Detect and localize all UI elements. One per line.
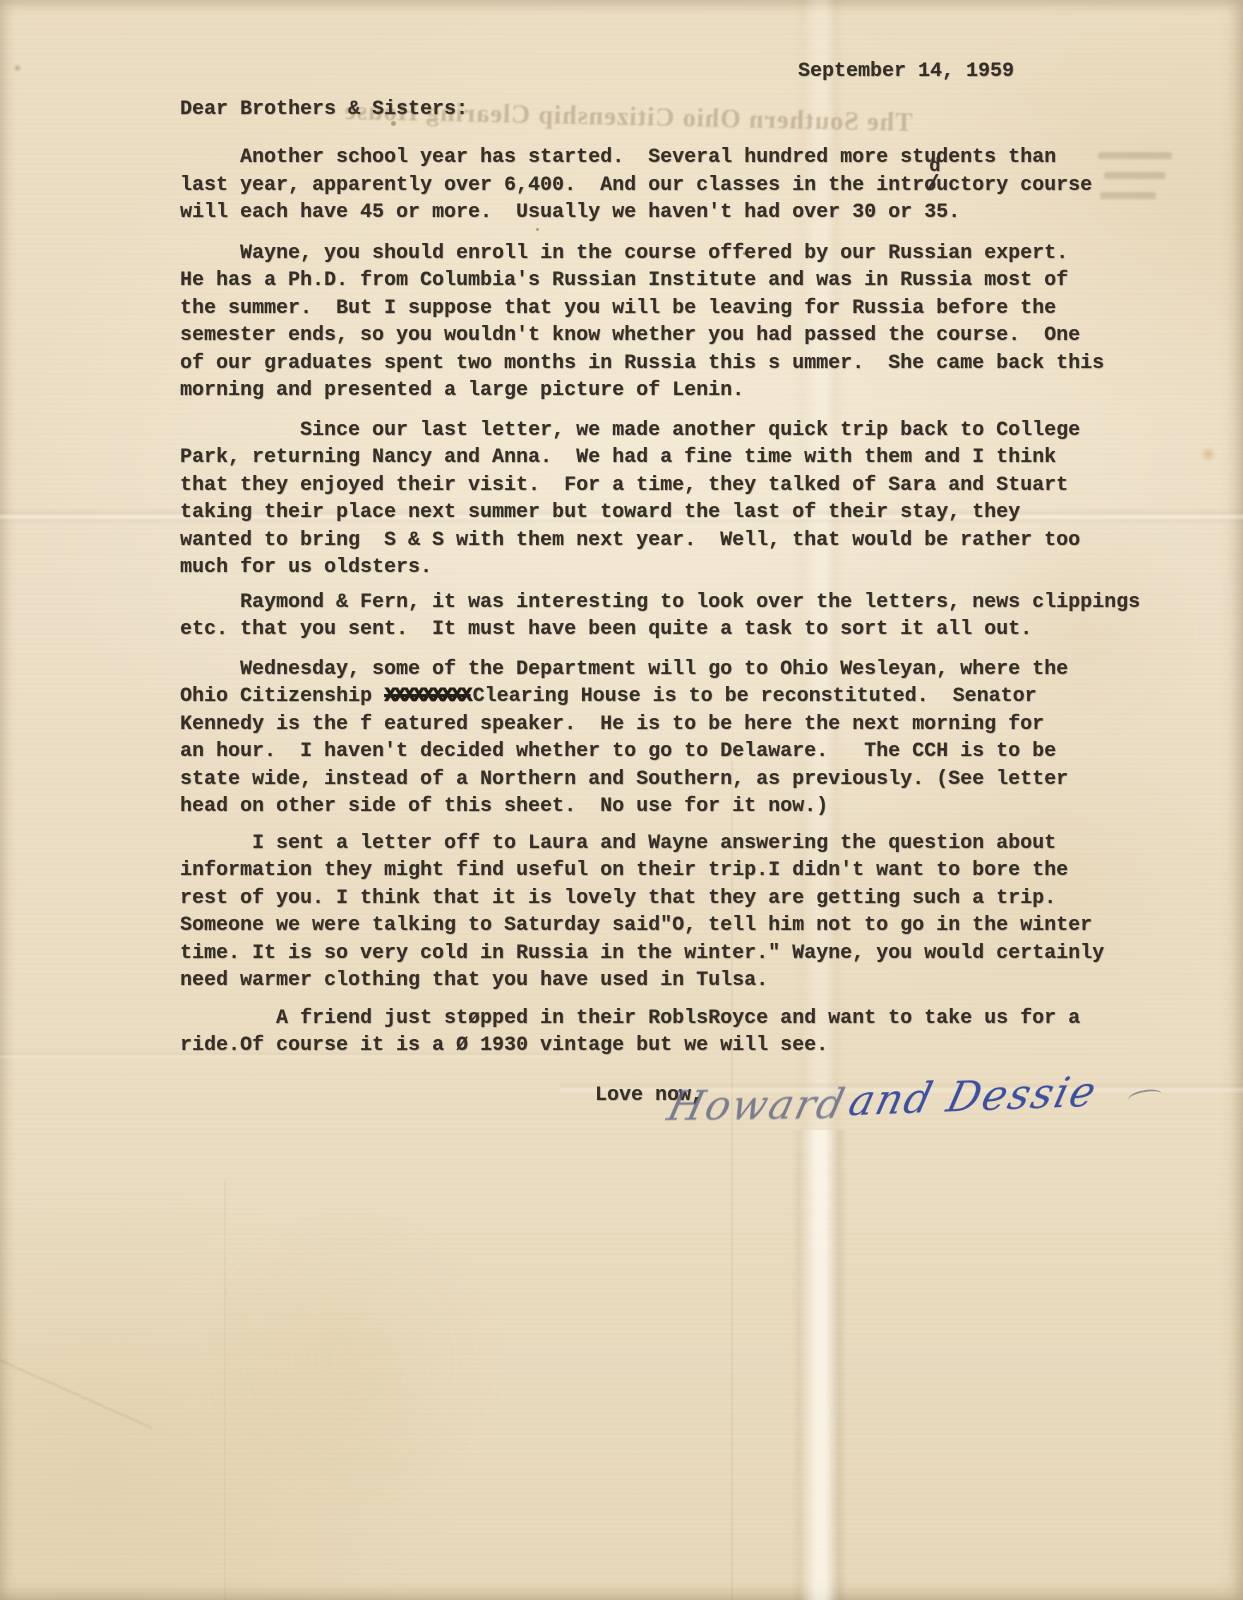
- paragraph-college-park: Since our last letter, we made another q…: [180, 417, 1168, 582]
- paragraph-ohio-wesleyan: Wednesday, some of the Department will g…: [180, 656, 1168, 821]
- paragraph-text: Another school year has started. Several…: [180, 146, 1056, 197]
- letter-body: September 14, 1959 Dear Brothers & Siste…: [180, 58, 1168, 1109]
- paragraph-laura-wayne-letter: I sent a letter off to Laura and Wayne a…: [180, 830, 1168, 995]
- signature-howard: Howard: [663, 1080, 851, 1131]
- paper-stain: [1200, 447, 1217, 461]
- paper-stain: [13, 64, 22, 72]
- paragraph-school-year: Another school year has started. Several…: [180, 144, 1168, 227]
- letter-page: The Southern Ohio Citizenship Clearing H…: [0, 0, 1243, 1600]
- insertion-slash: /: [926, 171, 939, 199]
- paragraph-wayne-course: Wayne, you should enroll in the course o…: [180, 240, 1168, 405]
- signature-and-dessie: and Dessie: [844, 1068, 1102, 1126]
- vertical-fold-crease-lower: [790, 1130, 848, 1600]
- paragraph-raymond-fern: Raymond & Fern, it was interesting to lo…: [180, 589, 1168, 644]
- salutation: Dear Brothers & Sisters:: [180, 96, 1168, 124]
- letter-date: September 14, 1959: [798, 58, 1168, 86]
- paragraph-rolls-royce: A friend just støpped in their RoblsRoyc…: [180, 1005, 1168, 1060]
- paper-discoloration: [180, 1220, 520, 1500]
- struck-out-word: XXXXXXXXX: [384, 685, 470, 708]
- diagonal-wrinkle: [0, 1354, 153, 1430]
